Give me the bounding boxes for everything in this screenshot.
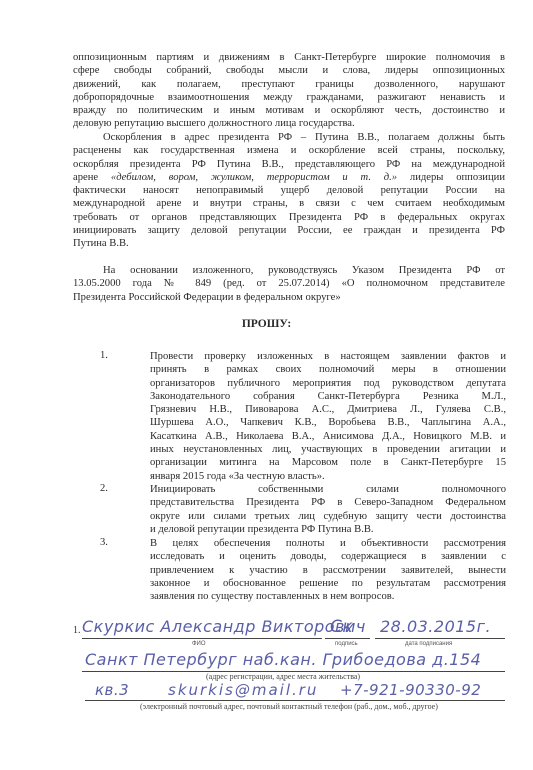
label-date: дата подписания [405, 641, 452, 647]
text-line: движений, как полагаем, преступают грани… [73, 78, 505, 91]
text-line: Инициировать собственными силами полномо… [150, 483, 506, 496]
text-line: деловую репутацию высшего должностного л… [73, 117, 505, 130]
handwritten-apartment: кв.3 [95, 681, 129, 699]
request-heading: ПРОШУ: [0, 318, 533, 330]
text-line: В целях обеспечения полноты и объективно… [150, 537, 506, 550]
quoted-insults: «дебилом, вором, жуликом, террористом и … [111, 172, 397, 183]
signer-row-number: 1. [73, 625, 81, 636]
text-line: округе или силами третьих лиц судебную з… [150, 510, 506, 523]
text-line: добропорядочные взаимоотношения между гр… [73, 91, 505, 104]
scanned-document-page: оппозиционным партиям и движениям в Санк… [0, 0, 533, 770]
date-underline [375, 638, 505, 639]
text-fragment: лидеры оппозиции [397, 172, 505, 183]
label-signature: подпись [335, 641, 358, 647]
paragraph-legal-basis: На основании изложенного, руководствуясь… [73, 264, 505, 304]
label-fio: ФИО [192, 641, 206, 647]
text-line: фактически наносят непоправимый ущерб де… [73, 184, 505, 197]
text-line: привлечением к участию в рассмотрении за… [150, 564, 506, 577]
text-line: Президента Российской Федерации в федера… [73, 291, 505, 304]
text-line: Касаткина А.В., Николаева В.А., Анисимов… [150, 430, 506, 443]
handwritten-phone: +7-921-90330-92 [340, 681, 481, 699]
text-line: Оскорбления в адрес президента РФ – Пути… [73, 131, 505, 144]
handwritten-signature: Ск [330, 617, 353, 637]
text-line: законное и обоснованное решение по резул… [150, 577, 506, 590]
text-line: Провести проверку изложенных в настоящем… [150, 350, 506, 363]
text-line: арене «дебилом, вором, жуликом, террорис… [73, 171, 505, 184]
text-line: представительства Президента РФ в Северо… [150, 496, 506, 509]
handwritten-full-name: Скуркис Александр Викторович [82, 617, 366, 636]
item-text: В целях обеспечения полноты и объективно… [150, 537, 506, 603]
text-line: оппозиционным партиям и движениям в Санк… [73, 51, 505, 64]
text-line: организации митинга на Марсовом поле в С… [150, 456, 506, 469]
text-line: и деловой репутации президента РФ Путина… [150, 523, 506, 536]
text-line: Законодательного собрания Санкт-Петербур… [150, 390, 506, 403]
item-number: 2. [100, 483, 108, 494]
contacts-underline [85, 700, 505, 701]
text-line: сфере свободы собраний, свободы мысли и … [73, 64, 505, 77]
paragraph-opposition-powers: оппозиционным партиям и движениям в Санк… [73, 51, 505, 131]
item-number: 1. [100, 350, 108, 361]
text-line: Путина В.В. [73, 237, 505, 250]
text-line: инициировать защиту деловой репутации Ро… [73, 224, 505, 237]
text-line: требовать от органов представляющих През… [73, 211, 505, 224]
label-address: (адрес регистрации, адрес места жительст… [206, 672, 360, 681]
text-line: Грязневич Н.В., Пивоварова А.С., Дмитрие… [150, 403, 506, 416]
text-line: оскорбляя президента РФ Путина В.В., пре… [73, 158, 505, 171]
text-line: международной арене и внутри страны, в с… [73, 197, 505, 210]
item-text: Провести проверку изложенных в настоящем… [150, 350, 506, 483]
item-number: 3. [100, 537, 108, 548]
handwritten-date: 28.03.2015г. [380, 617, 491, 636]
text-line: заявления по существу поставленных в нем… [150, 590, 506, 603]
text-line: исследовать и оценить доводы, содержащие… [150, 550, 506, 563]
text-fragment: арене [73, 172, 111, 183]
handwritten-email: skurkis@mail.ru [168, 681, 318, 699]
item-text: Инициировать собственными силами полномо… [150, 483, 506, 536]
text-line: организаторов публичного мероприятия под… [150, 377, 506, 390]
handwritten-address: Санкт Петербург наб.кан. Грибоедова д.15… [85, 650, 481, 669]
name-underline [82, 638, 322, 639]
text-line: 13.05.2000 года № 849 (ред. от 25.07.201… [73, 277, 505, 290]
text-line: На основании изложенного, руководствуясь… [73, 264, 505, 277]
signature-underline [325, 638, 370, 639]
text-line: принять в рамках своих полномочий меры в… [150, 363, 506, 376]
text-line: Шуршева А.О., Чапкевич К.В., Воробьева В… [150, 416, 506, 429]
paragraph-insults: Оскорбления в адрес президента РФ – Пути… [73, 131, 505, 251]
label-contacts: (электронный почтовый адрес, почтовый ко… [140, 702, 438, 711]
text-line: иных неустановленных лиц, участвующих в … [150, 443, 506, 456]
text-line: января 2015 года «За честную власть». [150, 470, 506, 483]
text-line: вражду по политическим и иным мотивам и … [73, 104, 505, 117]
text-line: расценены как государственная измена и о… [73, 144, 505, 157]
